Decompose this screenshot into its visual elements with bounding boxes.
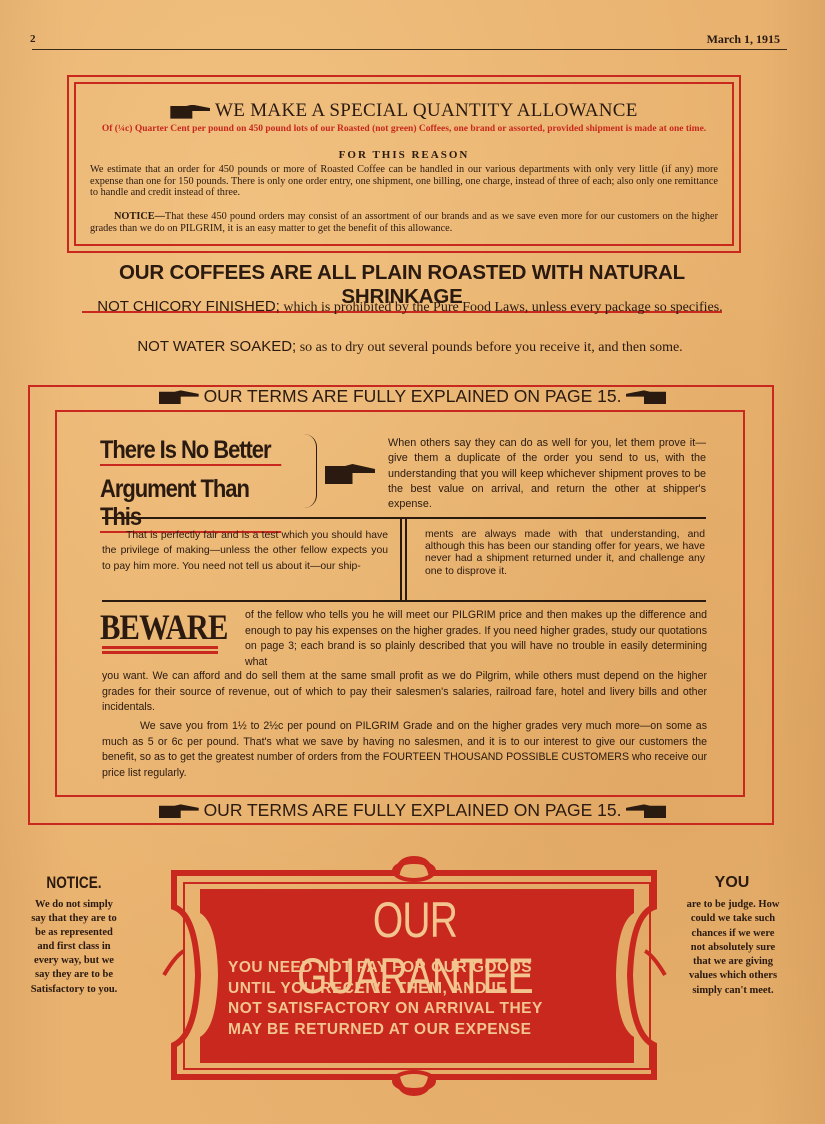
quantity-allowance-box: WE MAKE A SPECIAL QUANTITY ALLOWANCE Of … [67,75,741,253]
argument-text: When others say they can do as well for … [388,436,706,512]
beware-text-continued: you want. We can afford and do sell them… [102,669,707,716]
notice-heading: NOTICE. [45,873,103,893]
argument-heading-line2: Argument Than This [100,475,281,533]
brace-decoration [304,434,317,508]
guarantee-text: YOU NEED NOT PAY FOR OUR GOODS UNTIL YOU… [228,958,608,1040]
terms-banner-top: OUR TERMS ARE FULLY EXPLAINED ON PAGE 15… [0,386,825,407]
fair-test-column-left: That is perfectly fair and is a test whi… [102,528,388,574]
terms-banner-text: OUR TERMS ARE FULLY EXPLAINED ON PAGE 15… [204,800,622,820]
allowance-body: We estimate that an order for 450 pounds… [90,164,718,199]
column-divider [405,517,407,600]
allowance-inner-border: WE MAKE A SPECIAL QUANTITY ALLOWANCE Of … [74,82,734,246]
header-rule [32,49,787,50]
guarantee-line: NOT SATISFACTORY ON ARRIVAL THEY [228,999,608,1020]
pointing-hand-icon [626,390,666,404]
beware-heading: BEWARE [100,606,228,648]
argument-heading-line1: There Is No Better [100,436,281,466]
chicory-text: which is prohibited by the Pure Food Law… [280,300,723,315]
beware-underline [102,646,218,649]
allowance-notice: NOTICE—That these 450 pound orders may c… [90,211,718,234]
water-label: NOT WATER SOAKED; [137,338,296,355]
beware-underline [102,651,218,654]
pointing-hand-icon [325,464,375,484]
reason-heading: FOR THIS REASON [76,149,732,161]
pointing-hand-icon [159,390,199,404]
allowance-title-text: WE MAKE A SPECIAL QUANTITY ALLOWANCE [215,100,638,121]
pointing-hand-icon [626,804,666,818]
issue-date: March 1, 1915 [707,32,780,47]
notice-text: We do not simply say that they are to be… [28,898,120,997]
terms-banner-text: OUR TERMS ARE FULLY EXPLAINED ON PAGE 15… [204,386,622,406]
guarantee-line: MAY BE RETURNED AT OUR EXPENSE [228,1020,608,1041]
you-text: are to be judge. How could we take such … [686,898,780,998]
beware-text: of the fellow who tells you he will meet… [245,608,707,670]
guarantee-emblem: OUR GUARANTEE YOU NEED NOT PAY FOR OUR G… [162,855,667,1100]
notice-label: NOTICE— [114,211,165,222]
you-heading: YOU [700,874,764,892]
pointing-hand-icon [159,804,199,818]
chicory-label: NOT CHICORY FINISHED; [97,298,280,315]
savings-text: We save you from 1½ to 2½c per pound on … [102,719,707,781]
chicory-statement: NOT CHICORY FINISHED; which is prohibite… [80,298,740,316]
fair-test-column-right: ments are always made with that understa… [425,529,705,578]
allowance-subtitle: Of (¼c) Quarter Cent per pound on 450 po… [96,123,712,135]
terms-banner-bottom: OUR TERMS ARE FULLY EXPLAINED ON PAGE 15… [0,800,825,821]
pointing-hand-icon [170,105,210,119]
water-text: so as to dry out several pounds before y… [296,340,682,355]
notice-body: That these 450 pound orders may consist … [90,211,718,234]
section-rule [102,517,706,519]
page-number: 2 [30,33,36,45]
allowance-title: WE MAKE A SPECIAL QUANTITY ALLOWANCE [76,100,732,122]
guarantee-line: YOU NEED NOT PAY FOR OUR GOODS [228,958,608,979]
column-divider [400,517,402,600]
water-statement: NOT WATER SOAKED; so as to dry out sever… [80,338,740,356]
section-rule [102,600,706,602]
guarantee-line: UNTIL YOU RECEIVE THEM, AND IF [228,979,608,1000]
